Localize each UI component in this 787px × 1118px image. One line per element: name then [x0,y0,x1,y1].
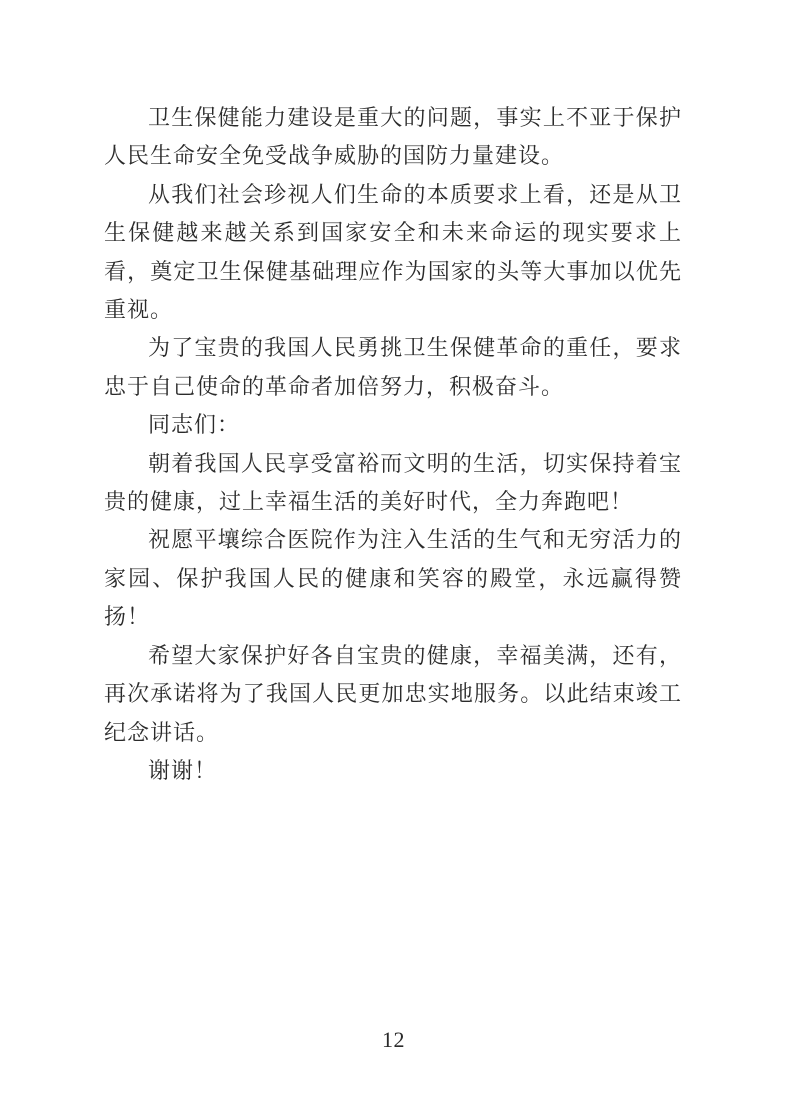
page-number: 12 [0,1024,787,1056]
paragraph-5: 朝着我国人民享受富裕而文明的生活，切实保持着宝贵的健康，过上幸福生活的美好时代，… [104,445,682,522]
document-body: 卫生保健能力建设是重大的问题，事实上不亚于保护人民生命安全免受战争威胁的国防力量… [104,99,682,790]
paragraph-2: 从我们社会珍视人们生命的本质要求上看，还是从卫生保健越来越关系到国家安全和未来命… [104,176,682,330]
paragraph-6: 祝愿平壤综合医院作为注入生活的生气和无穷活力的家园、保护我国人民的健康和笑容的殿… [104,521,682,636]
paragraph-3: 为了宝贵的我国人民勇挑卫生保健革命的重任，要求忠于自己使命的革命者加倍努力，积极… [104,329,682,406]
paragraph-1: 卫生保健能力建设是重大的问题，事实上不亚于保护人民生命安全免受战争威胁的国防力量… [104,99,682,176]
paragraph-7: 希望大家保护好各自宝贵的健康，幸福美满，还有，再次承诺将为了我国人民更加忠实地服… [104,637,682,752]
paragraph-4: 同志们： [104,406,682,444]
document-page: 卫生保健能力建设是重大的问题，事实上不亚于保护人民生命安全免受战争威胁的国防力量… [0,0,787,1118]
paragraph-8: 谢谢！ [104,752,682,790]
